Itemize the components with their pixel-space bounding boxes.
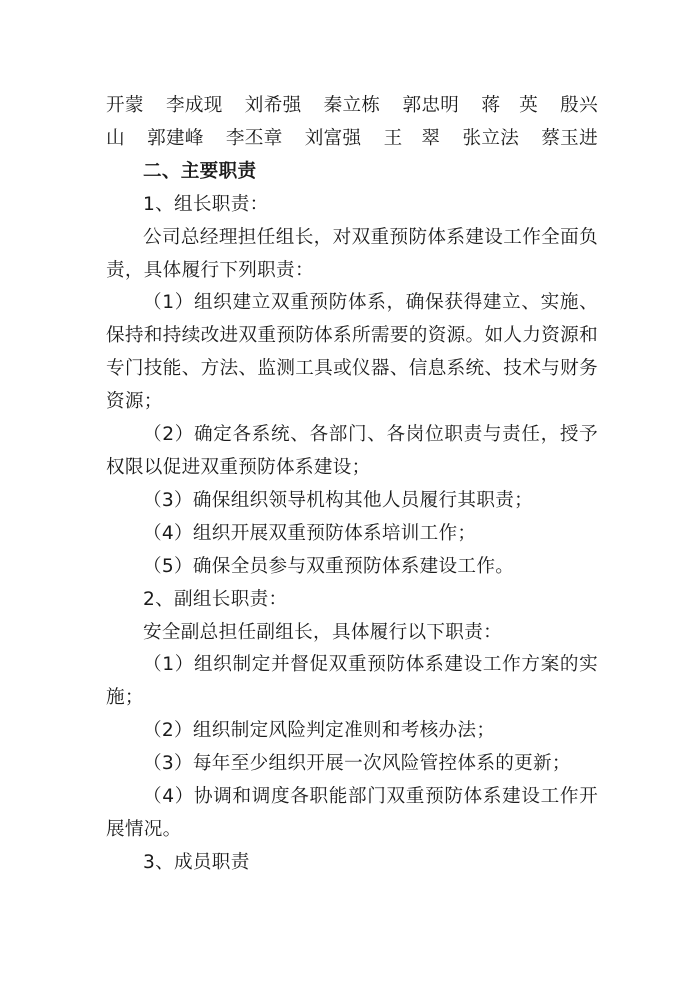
member-name: 王 翠 — [384, 122, 441, 155]
member-name: 郭建峰 — [147, 122, 204, 155]
deputy-item-4-line-1: （4）协调和调度各职能部门双重预防体系建设工作开 — [143, 780, 598, 813]
member-duties-heading: 3、成员职责 — [143, 846, 598, 879]
deputy-item-1-line-2: 施； — [106, 681, 598, 714]
leader-item-1-line-2: 保持和持续改进双重预防体系所需要的资源。如人力资源和 — [106, 319, 598, 352]
member-name: 开蒙 — [106, 89, 144, 122]
member-names-line-1: 开蒙 李成现 刘希强 秦立栋 郭忠明 蒋 英 殷兴 — [106, 89, 598, 122]
member-name: 刘富强 — [305, 122, 362, 155]
member-name: 李丕章 — [226, 122, 283, 155]
leader-item-2-line-1: （2）确定各系统、各部门、各岗位职责与责任，授予 — [143, 418, 598, 451]
leader-intro-line-1: 公司总经理担任组长，对双重预防体系建设工作全面负 — [143, 221, 598, 254]
section-heading: 二、主要职责 — [143, 155, 598, 188]
member-name: 山 — [106, 122, 125, 155]
deputy-intro: 安全副总担任副组长，具体履行以下职责： — [143, 616, 598, 649]
member-name: 殷兴 — [560, 89, 598, 122]
leader-item-4: （4）组织开展双重预防体系培训工作； — [143, 517, 598, 550]
leader-item-1-line-1: （1）组织建立双重预防体系，确保获得建立、实施、 — [143, 286, 598, 319]
deputy-item-3: （3）每年至少组织开展一次风险管控体系的更新； — [143, 747, 598, 780]
member-name: 郭忠明 — [402, 89, 459, 122]
leader-item-1-line-3: 专门技能、方法、监测工具或仪器、信息系统、技术与财务 — [106, 352, 598, 385]
document-page: 开蒙 李成现 刘希强 秦立栋 郭忠明 蒋 英 殷兴 山 郭建峰 李丕章 刘富强 … — [0, 0, 700, 990]
leader-item-2-line-2: 权限以促进双重预防体系建设； — [106, 451, 598, 484]
member-name: 秦立栋 — [324, 89, 381, 122]
leader-duties-heading: 1、组长职责： — [143, 188, 598, 221]
deputy-item-1-line-1: （1）组织制定并督促双重预防体系建设工作方案的实 — [143, 648, 598, 681]
member-name: 李成现 — [166, 89, 223, 122]
member-name: 蔡玉进 — [541, 122, 598, 155]
member-name: 蒋 英 — [481, 89, 538, 122]
deputy-item-2: （2）组织制定风险判定准则和考核办法； — [143, 714, 598, 747]
deputy-duties-heading: 2、副组长职责： — [143, 583, 598, 616]
leader-intro-line-2: 责，具体履行下列职责： — [106, 254, 598, 287]
member-name: 刘希强 — [245, 89, 302, 122]
leader-item-3: （3）确保组织领导机构其他人员履行其职责； — [143, 484, 598, 517]
member-names-line-2: 山 郭建峰 李丕章 刘富强 王 翠 张立法 蔡玉进 — [106, 122, 598, 155]
deputy-item-4-line-2: 展情况。 — [106, 813, 598, 846]
member-name: 张立法 — [462, 122, 519, 155]
leader-item-1-line-4: 资源； — [106, 385, 598, 418]
leader-item-5: （5）确保全员参与双重预防体系建设工作。 — [143, 550, 598, 583]
